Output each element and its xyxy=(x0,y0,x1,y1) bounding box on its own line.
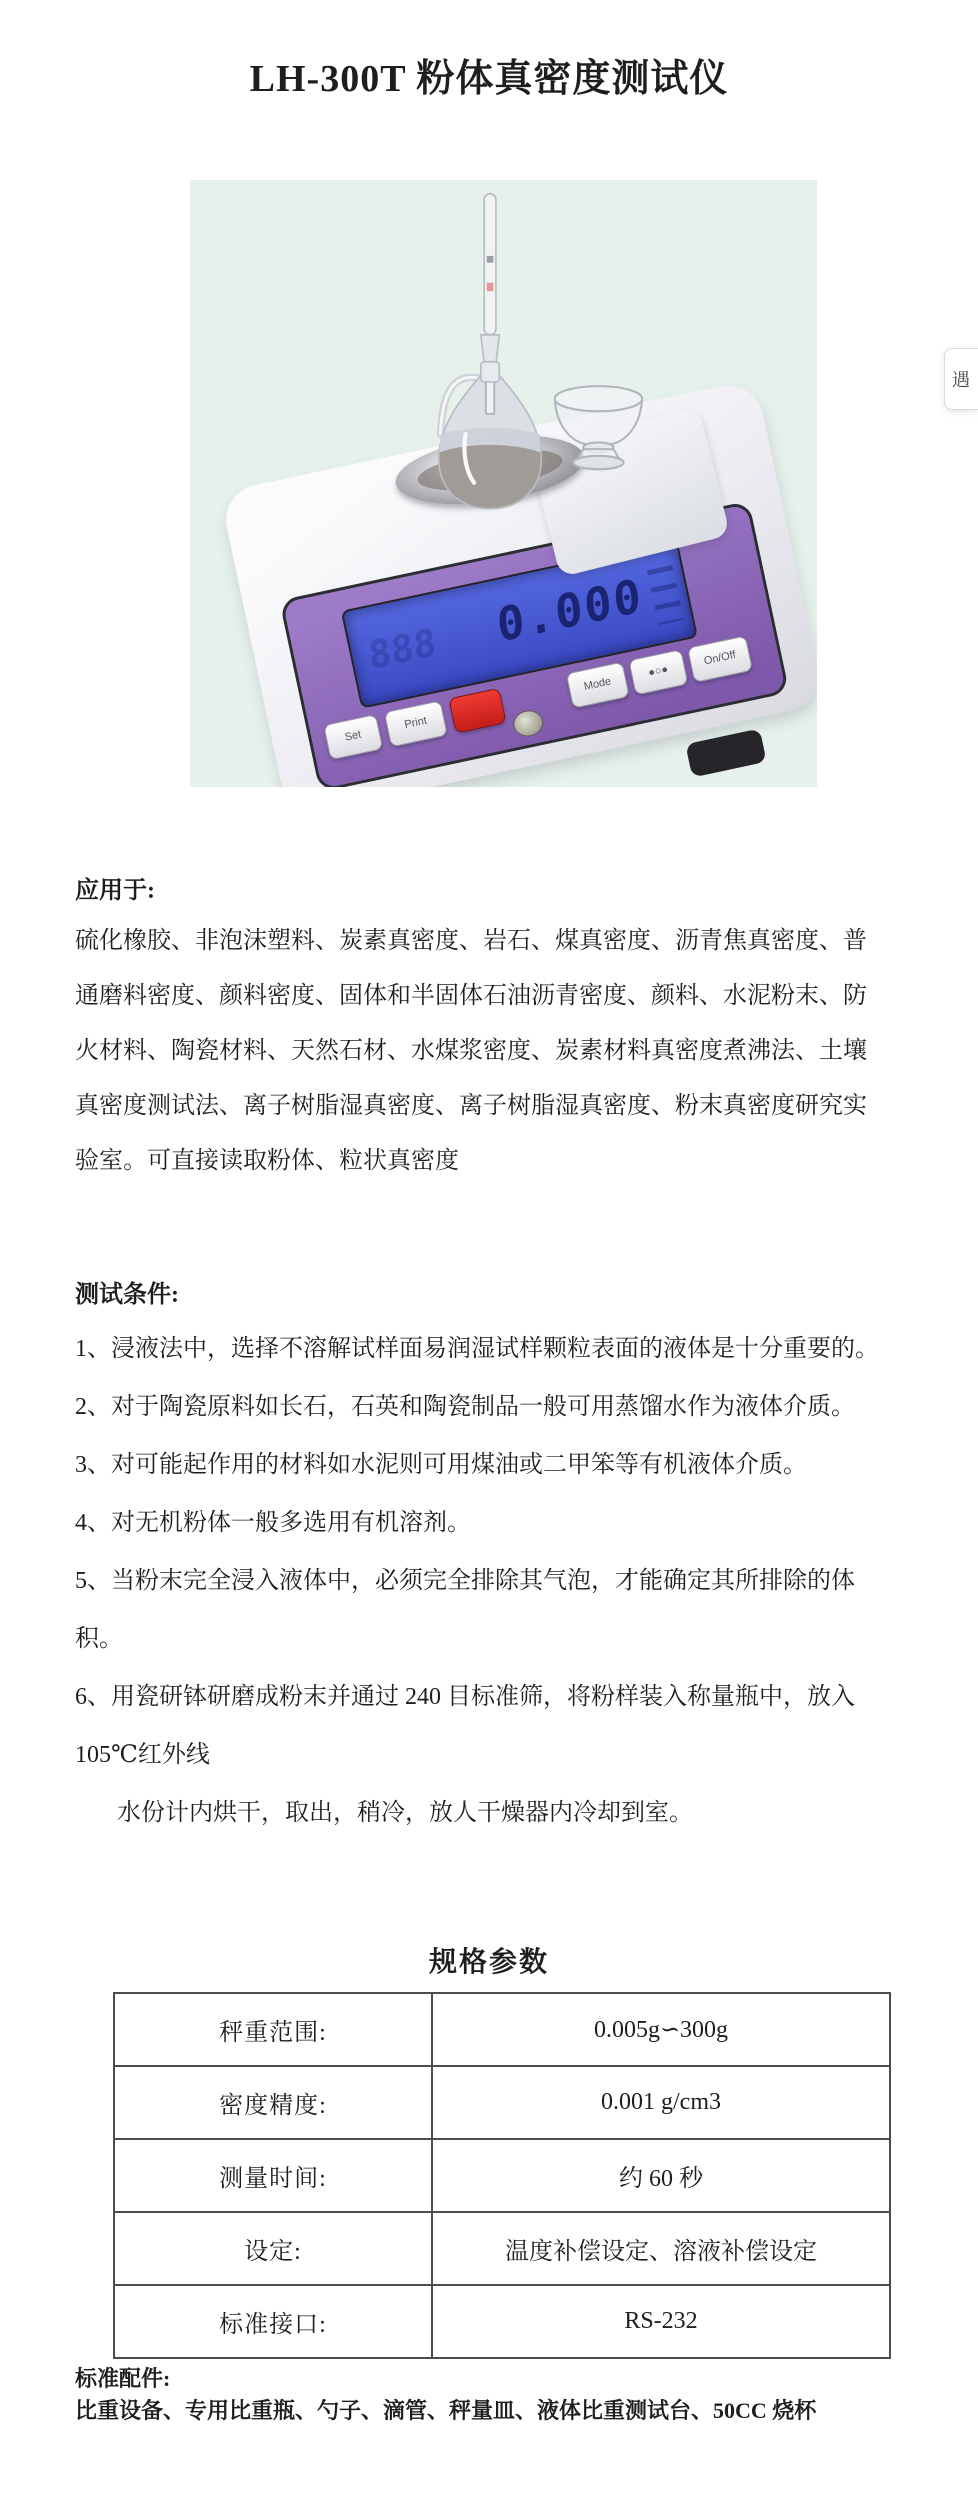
balance-foot xyxy=(685,728,766,777)
condition-item: 3、对可能起作用的材料如水泥则可用煤油或二甲笨等有机液体介质。 xyxy=(75,1436,935,1494)
balance-onoff-button: On/Off xyxy=(687,635,753,683)
specs-table: 秤重范围: 0.005g∽300g 密度精度: 0.001 g/cm3 测量时间… xyxy=(113,1992,891,2359)
accessories-heading: 标准配件: xyxy=(75,2362,170,2393)
spec-value: 0.005g∽300g xyxy=(432,1993,890,2066)
spec-value: 温度补偿设定、溶液补偿设定 xyxy=(432,2212,890,2285)
feedback-tab-label: 遇 xyxy=(952,366,970,392)
applications-line: 硫化橡胶、非泡沫塑料、炭素真密度、岩石、煤真密度、沥青焦真密度、普 xyxy=(75,914,915,969)
condition-item-continuation: 水份计内烘干，取出，稍冷，放人干燥器内冷却到室。 xyxy=(75,1784,935,1842)
lcd-weight-value: 0.000 xyxy=(494,568,645,653)
balance-print-button: Print xyxy=(384,700,448,747)
balance-mode-button: Mode xyxy=(566,662,630,709)
condition-item: 2、对于陶瓷原料如长石，石英和陶瓷制品一般可用蒸馏水作为液体介质。 xyxy=(75,1378,935,1436)
condition-item: 6、用瓷研钵研磨成粉末并通过 240 目标准筛，将粉样装入称量瓶中，放入 xyxy=(75,1668,935,1726)
spec-value: 0.001 g/cm3 xyxy=(432,2066,890,2139)
condition-item: 4、对无机粉体一般多选用有机溶剂。 xyxy=(75,1494,935,1552)
spec-label: 设定: xyxy=(114,2212,432,2285)
spec-label: 测量时间: xyxy=(114,2139,432,2212)
spec-value: RS-232 xyxy=(432,2285,890,2358)
conditions-heading: 测试条件: xyxy=(75,1274,179,1309)
lcd-ghost-digits: 888 xyxy=(366,620,438,678)
applications-line: 火材料、陶瓷材料、天然石材、水煤浆密度、炭素材料真密度煮沸法、土壤 xyxy=(75,1024,915,1079)
glassware-illustration xyxy=(390,182,659,518)
balance-level-bubble xyxy=(511,708,546,740)
condition-item: 1、浸液法中，选择不溶解试样面易润湿试样颗粒表面的液体是十分重要的。 xyxy=(75,1320,935,1378)
conditions-list: 1、浸液法中，选择不溶解试样面易润湿试样颗粒表面的液体是十分重要的。 2、对于陶… xyxy=(75,1320,935,1842)
spec-value: 约 60 秒 xyxy=(432,2139,890,2212)
spec-label: 标准接口: xyxy=(114,2285,432,2358)
product-photo: 888 0.000 Set Print Mode ●○● On/Off xyxy=(190,180,817,787)
applications-paragraph: 硫化橡胶、非泡沫塑料、炭素真密度、岩石、煤真密度、沥青焦真密度、普 通磨料密度、… xyxy=(75,914,915,1189)
balance-enter-button xyxy=(448,688,506,734)
document-page: LH-300T 粉体真密度测试仪 888 0.000 Set Print Mod… xyxy=(0,0,978,2504)
applications-heading: 应用于: xyxy=(75,870,155,905)
applications-line: 通磨料密度、颜料密度、固体和半固体石油沥青密度、颜料、水泥粉末、防 xyxy=(75,969,915,1024)
applications-line: 真密度测试法、离子树脂湿真密度、离子树脂湿真密度、粉末真密度研究实 xyxy=(75,1079,915,1134)
spec-label: 秤重范围: xyxy=(114,1993,432,2066)
condition-item: 5、当粉末完全浸入液体中，必须完全排除其气泡，才能确定其所排除的体 xyxy=(75,1552,935,1610)
accessories-list: 比重设备、专用比重瓶、勺子、滴管、秤量皿、液体比重测试台、50CC 烧杯 xyxy=(75,2394,935,2425)
table-row: 测量时间: 约 60 秒 xyxy=(114,2139,890,2212)
condition-item-wrap: 105℃红外线 xyxy=(75,1726,935,1784)
table-row: 秤重范围: 0.005g∽300g xyxy=(114,1993,890,2066)
specs-title: 规格参数 xyxy=(0,1940,978,1980)
lcd-unit-indicators xyxy=(647,565,684,625)
table-row: 标准接口: RS-232 xyxy=(114,2285,890,2358)
table-row: 设定: 温度补偿设定、溶液补偿设定 xyxy=(114,2212,890,2285)
condition-item-wrap: 积。 xyxy=(75,1610,935,1668)
balance-set-button: Set xyxy=(323,714,383,760)
table-row: 密度精度: 0.001 g/cm3 xyxy=(114,2066,890,2139)
feedback-side-tab[interactable]: 遇 xyxy=(944,348,978,410)
spec-label: 密度精度: xyxy=(114,2066,432,2139)
balance-tare-button: ●○● xyxy=(628,649,688,695)
applications-line: 验室。可直接读取粉体、粒状真密度 xyxy=(75,1134,915,1189)
page-title: LH-300T 粉体真密度测试仪 xyxy=(0,47,978,102)
